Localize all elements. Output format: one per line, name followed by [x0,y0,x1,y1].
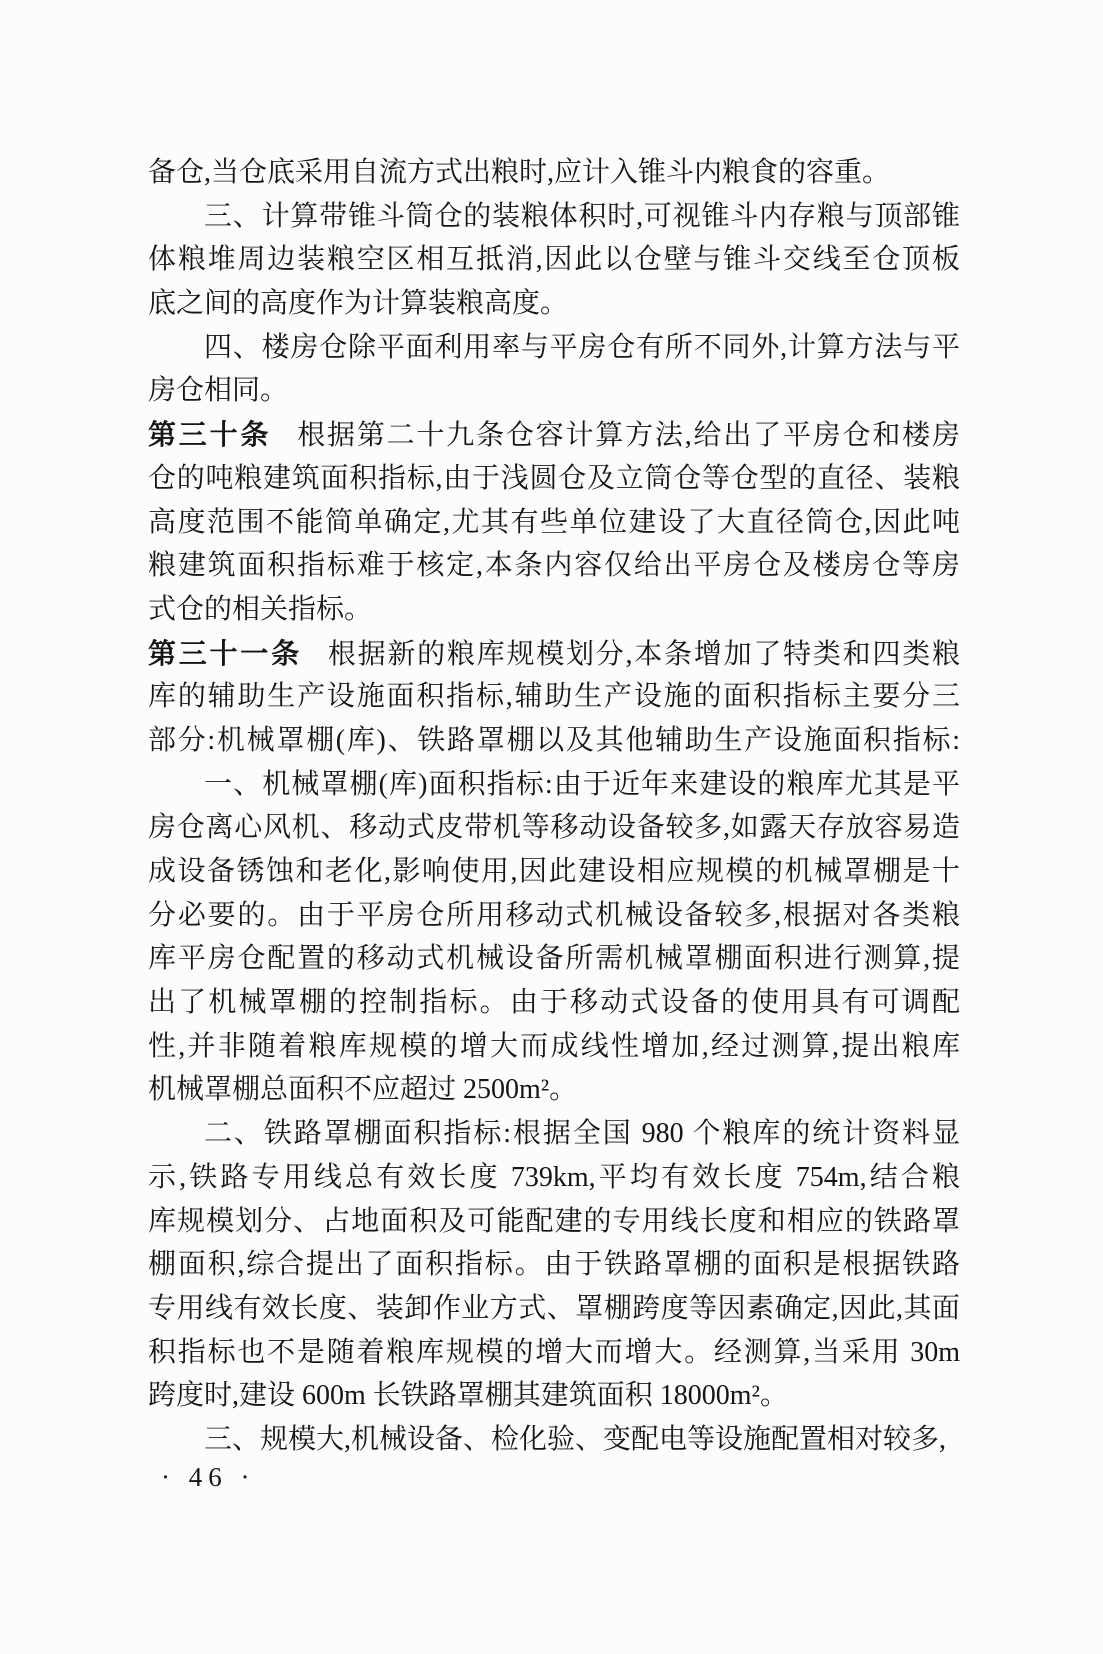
text-line: 粮建筑面积指标难于核定,本条内容仅给出平房仓及楼房仓等房 [148,544,960,588]
text-line: 出了机械罩棚的控制指标。由于移动式设备的使用具有可调配 [148,981,960,1025]
text-line: 示,铁路专用线总有效长度 739km,平均有效长度 754m,结合粮 [148,1156,960,1200]
line-text: 性,并非随着粮库规模的增大而成线性增加,经过测算,提出粮库 [148,1031,960,1062]
line-text: 备仓,当仓底采用自流方式出粮时,应计入锥斗内粮食的容重。 [148,157,890,188]
text-line: 备仓,当仓底采用自流方式出粮时,应计入锥斗内粮食的容重。 [148,151,960,195]
article-number-heading: 第三十一条 [148,638,302,669]
line-text: 棚面积,综合提出了面积指标。由于铁路罩棚的面积是根据铁路 [148,1249,960,1280]
text-line: 仓的吨粮建筑面积指标,由于浅圆仓及立筒仓等仓型的直径、装粮 [148,457,960,501]
line-text: 体粮堆周边装粮空区相互抵消,因此以仓壁与锥斗交线至仓顶板 [148,244,960,275]
text-line: 三、规模大,机械设备、检化验、变配电等设施配置相对较多, [148,1418,960,1462]
text-line: 跨度时,建设 600m 长铁路罩棚其建筑面积 18000m²。 [148,1374,960,1418]
line-text: 根据第二十九条仓容计算方法,给出了平房仓和楼房 [297,420,960,451]
line-text: 粮建筑面积指标难于核定,本条内容仅给出平房仓及楼房仓等房 [148,550,960,581]
line-text: 积指标也不是随着粮库规模的增大而增大。经测算,当采用 30m [148,1337,960,1368]
text-line: 性,并非随着粮库规模的增大而成线性增加,经过测算,提出粮库 [148,1025,960,1069]
line-text: 式仓的相关指标。 [148,594,372,625]
text-column: 备仓,当仓底采用自流方式出粮时,应计入锥斗内粮食的容重。 三、计算带锥斗筒仓的装… [148,151,960,1462]
text-line: 三、计算带锥斗筒仓的装粮体积时,可视锥斗内存粮与顶部锥 [148,195,960,239]
text-line: 棚面积,综合提出了面积指标。由于铁路罩棚的面积是根据铁路 [148,1243,960,1287]
text-line: 式仓的相关指标。 [148,588,960,632]
text-line: 部分:机械罩棚(库)、铁路罩棚以及其他辅助生产设施面积指标: [148,719,960,763]
line-text: 三、规模大,机械设备、检化验、变配电等设施配置相对较多, [204,1424,946,1455]
line-text: 三、计算带锥斗筒仓的装粮体积时,可视锥斗内存粮与顶部锥 [204,201,960,232]
line-text: 机械罩棚总面积不应超过 2500m²。 [148,1074,577,1105]
text-line: 专用线有效长度、装卸作业方式、罩棚跨度等因素确定,因此,其面 [148,1287,960,1331]
line-text: 跨度时,建设 600m 长铁路罩棚其建筑面积 18000m²。 [148,1380,788,1411]
line-text: 房仓相同。 [148,375,288,406]
line-text: 二、铁路罩棚面积指标:根据全国 980 个粮库的统计资料显 [204,1118,960,1149]
line-text: 库的辅助生产设施面积指标,辅助生产设施的面积指标主要分三 [148,681,960,712]
text-line: 第三十一条根据新的粮库规模划分,本条增加了特类和四类粮 [148,632,960,676]
text-line: 房仓离心风机、移动式皮带机等移动设备较多,如露天存放容易造 [148,806,960,850]
text-line: 库平房仓配置的移动式机械设备所需机械罩棚面积进行测算,提 [148,937,960,981]
text-line: 库规模划分、占地面积及可能配建的专用线长度和相应的铁路罩 [148,1200,960,1244]
text-line: 第三十条根据第二十九条仓容计算方法,给出了平房仓和楼房 [148,413,960,457]
line-text: 库规模划分、占地面积及可能配建的专用线长度和相应的铁路罩 [148,1206,960,1237]
line-text: 分必要的。由于平房仓所用移动式机械设备较多,根据对各类粮 [148,900,960,931]
line-text: 出了机械罩棚的控制指标。由于移动式设备的使用具有可调配 [148,987,960,1018]
text-line: 四、楼房仓除平面利用率与平房仓有所不同外,计算方法与平 [148,326,960,370]
text-line: 积指标也不是随着粮库规模的增大而增大。经测算,当采用 30m [148,1331,960,1375]
line-text: 库平房仓配置的移动式机械设备所需机械罩棚面积进行测算,提 [148,943,960,974]
text-line: 机械罩棚总面积不应超过 2500m²。 [148,1068,960,1112]
article-number-heading: 第三十条 [148,419,271,450]
line-text: 仓的吨粮建筑面积指标,由于浅圆仓及立筒仓等仓型的直径、装粮 [148,463,960,494]
text-line: 高度范围不能简单确定,尤其有些单位建设了大直径筒仓,因此吨 [148,501,960,545]
text-line: 库的辅助生产设施面积指标,辅助生产设施的面积指标主要分三 [148,675,960,719]
line-text: 一、机械罩棚(库)面积指标:由于近年来建设的粮库尤其是平 [204,769,960,800]
line-text: 房仓离心风机、移动式皮带机等移动设备较多,如露天存放容易造 [148,812,960,843]
line-text: 示,铁路专用线总有效长度 739km,平均有效长度 754m,结合粮 [148,1162,960,1193]
text-line: 分必要的。由于平房仓所用移动式机械设备较多,根据对各类粮 [148,894,960,938]
text-line: 成设备锈蚀和老化,影响使用,因此建设相应规模的机械罩棚是十 [148,850,960,894]
line-text: 四、楼房仓除平面利用率与平房仓有所不同外,计算方法与平 [204,332,960,363]
text-line: 房仓相同。 [148,369,960,413]
text-line: 二、铁路罩棚面积指标:根据全国 980 个粮库的统计资料显 [148,1112,960,1156]
line-text: 根据新的粮库规模划分,本条增加了特类和四类粮 [328,639,960,670]
page-number: · 46 · [161,1459,255,1495]
book-page: 备仓,当仓底采用自流方式出粮时,应计入锥斗内粮食的容重。 三、计算带锥斗筒仓的装… [0,0,1103,1654]
text-line: 体粮堆周边装粮空区相互抵消,因此以仓壁与锥斗交线至仓顶板 [148,238,960,282]
text-line: 底之间的高度作为计算装粮高度。 [148,282,960,326]
line-text: 专用线有效长度、装卸作业方式、罩棚跨度等因素确定,因此,其面 [148,1293,960,1324]
line-text: 成设备锈蚀和老化,影响使用,因此建设相应规模的机械罩棚是十 [148,856,960,887]
line-text: 高度范围不能简单确定,尤其有些单位建设了大直径筒仓,因此吨 [148,507,960,538]
text-line: 一、机械罩棚(库)面积指标:由于近年来建设的粮库尤其是平 [148,763,960,807]
line-text: 底之间的高度作为计算装粮高度。 [148,288,568,319]
line-text: 部分:机械罩棚(库)、铁路罩棚以及其他辅助生产设施面积指标: [148,725,960,756]
